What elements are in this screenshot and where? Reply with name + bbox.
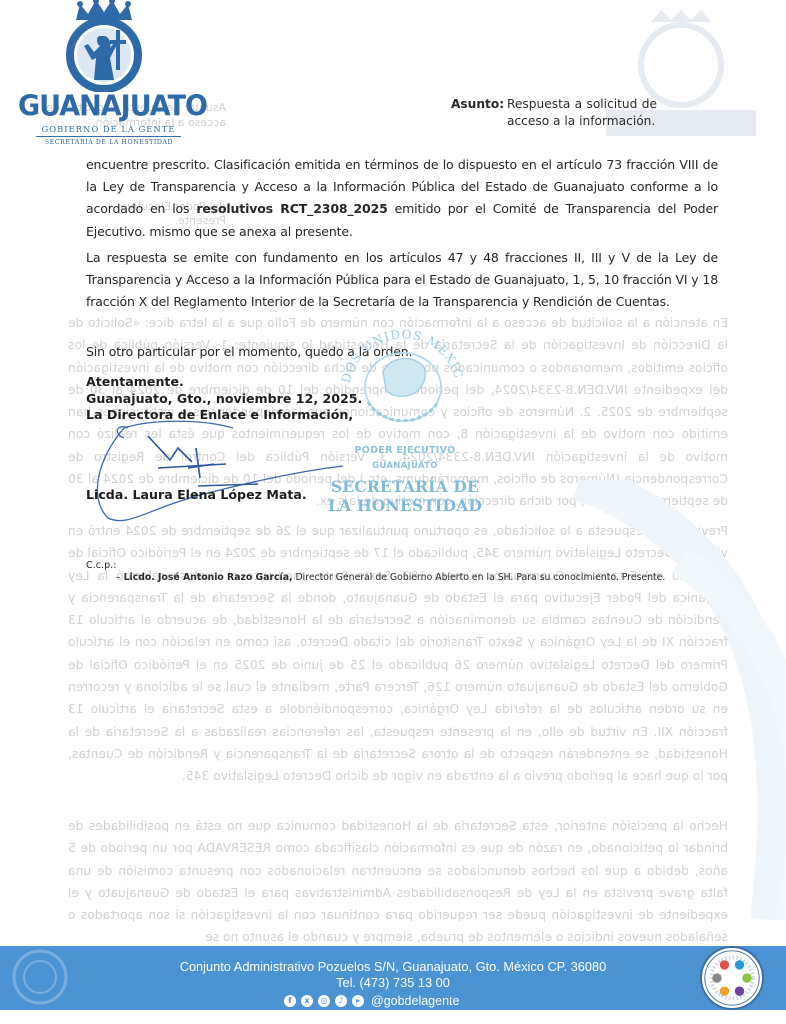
footer-social-handle[interactable]: @gobdelagente: [371, 994, 459, 1008]
tiktok-icon[interactable]: ♪: [335, 995, 347, 1007]
resolutivos-reference: resolutivos RCT_2308_2025: [196, 201, 387, 216]
closing-greeting: Atentamente.: [86, 374, 362, 391]
guanajuato-logo: GUANAJUATO GOBIERNO DE LA GENTE SECRETAR…: [18, 0, 190, 150]
footer-social-links: f x ◎ ♪ ▸ @gobdelagente: [284, 993, 459, 1009]
youtube-icon[interactable]: ▸: [352, 995, 364, 1007]
subject-value: Respuesta a solicitud de acceso a la inf…: [507, 96, 657, 129]
logo-wordmark: GUANAJUATO: [18, 91, 190, 123]
guanajuato-coat-of-arms-icon: [62, 0, 146, 92]
paragraph-classification: encuentre prescrito. Clasificación emiti…: [86, 154, 718, 243]
footer-phone: Tel. (473) 735 13 00: [0, 975, 786, 990]
subject-line-2: acceso a la información.: [507, 113, 657, 130]
reverse-paragraph-3: Hecho la precisión anterior, esta Secret…: [68, 815, 728, 949]
x-twitter-icon[interactable]: x: [301, 995, 313, 1007]
footer-bottom-strip: [0, 1010, 786, 1024]
subject-line-1: Respuesta a solicitud de: [507, 96, 657, 113]
cc-label: C.c.p.:: [86, 559, 116, 573]
watermark-arcs: [540, 480, 786, 920]
logo-subtitle: GOBIERNO DE LA GENTE: [36, 124, 181, 137]
cc-recipient: – Licdo. José Antonio Razo García, Direc…: [116, 572, 736, 583]
reverse-paragraph-2: Previo a dar respuesta a lo solicitado, …: [68, 520, 728, 788]
logo-department: SECRETARÍA DE LA HONESTIDAD: [34, 139, 184, 146]
subject-label: Asunto:: [451, 96, 504, 113]
instagram-icon[interactable]: ◎: [318, 995, 330, 1007]
footer-address: Conjunto Administrativo Pozuelos S/N, Gu…: [0, 959, 786, 974]
igualdad-laboral-badge-icon: [700, 946, 764, 1010]
facebook-icon[interactable]: f: [284, 995, 296, 1007]
signer-name: Licda. Laura Elena López Mata.: [86, 487, 307, 502]
handwritten-signature: [88, 398, 348, 538]
reverse-logo-icon: [596, 10, 766, 155]
footer-band: Conjunto Administrativo Pozuelos S/N, Gu…: [0, 946, 786, 1010]
